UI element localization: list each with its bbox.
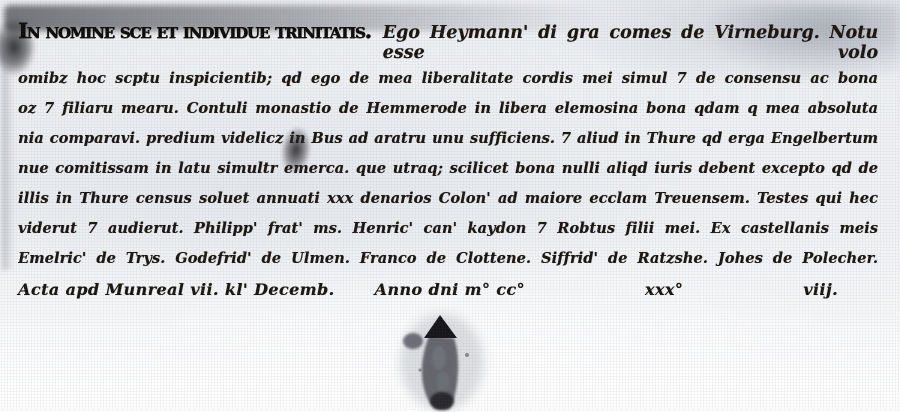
- parchment-left-edge-shadow: [2, 50, 14, 270]
- seal-tag-ink-stain: [372, 300, 512, 412]
- charter-line-3: oz 7 filiaru mearu. Contuli monastio de …: [18, 94, 878, 124]
- line1-continuation-text: Ego Heymann' di gra comes de Virneburg. …: [383, 23, 878, 63]
- charter-scan: In nomine sce et individue trinitatis. E…: [0, 0, 900, 412]
- charter-line-1: In nomine sce et individue trinitatis. E…: [18, 18, 878, 64]
- dating-place-text: Acta apd Munreal vii. kl' Decemb.: [18, 274, 335, 306]
- invocation-text: In nomine sce et individue trinitatis.: [18, 18, 371, 43]
- charter-line-4: nia comparavi. predium videlicz in Bus a…: [18, 124, 878, 154]
- charter-line-2: omibz hoc scptu inspicientib; qd ego de …: [18, 64, 878, 94]
- dating-year-text: viij.: [803, 274, 838, 306]
- charter-line-5: nue comitissam in latu simultr emerca. q…: [18, 154, 878, 184]
- charter-line-6: illis in Thure census soluet annuati xxx…: [18, 184, 878, 214]
- charter-line-8: Emelric' de Trys. Godefrid' de Ulmen. Fr…: [18, 244, 878, 274]
- charter-line-7: viderut 7 audierut. Philipp' frat' ms. H…: [18, 214, 878, 244]
- dating-decade-text: xxx°: [645, 274, 683, 306]
- charter-text: In nomine sce et individue trinitatis. E…: [18, 18, 878, 306]
